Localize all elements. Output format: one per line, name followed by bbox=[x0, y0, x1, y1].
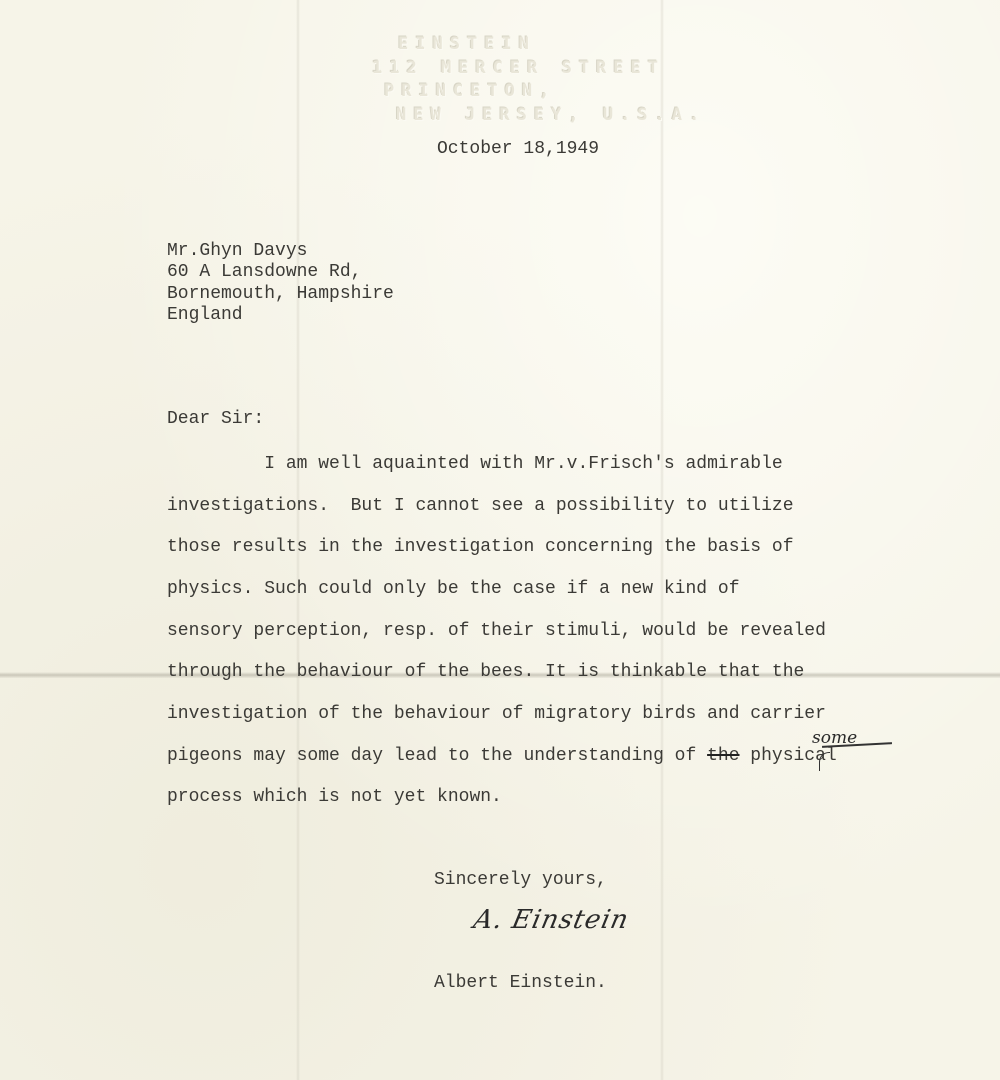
body-line: physics. Such could only be the case if … bbox=[167, 579, 740, 599]
letterhead-line: EINSTEIN bbox=[398, 34, 536, 54]
body-line-with-correction: pigeons may some day lead to the underst… bbox=[167, 746, 837, 766]
salutation: Dear Sir: bbox=[167, 409, 264, 429]
body-line: investigations. But I cannot see a possi… bbox=[167, 496, 794, 516]
letter-date: October 18,1949 bbox=[437, 139, 599, 159]
body-line: process which is not yet known. bbox=[167, 787, 502, 807]
typed-signatory-name: Albert Einstein. bbox=[434, 973, 607, 993]
handwritten-signature: A. Einstein bbox=[471, 905, 632, 935]
insertion-caret bbox=[819, 752, 830, 771]
recipient-address-line: 60 A Lansdowne Rd, bbox=[167, 262, 361, 282]
struck-word: the bbox=[707, 746, 739, 766]
body-line: through the behaviour of the bees. It is… bbox=[167, 662, 804, 682]
recipient-address-line: Bornemouth, Hampshire bbox=[167, 284, 394, 304]
body-line: those results in the investigation conce… bbox=[167, 537, 794, 557]
recipient-address-line: England bbox=[167, 305, 243, 325]
body-text: pigeons may some day lead to the underst… bbox=[167, 746, 707, 766]
letterhead-line: PRINCETON, bbox=[384, 81, 556, 101]
closing: Sincerely yours, bbox=[434, 870, 607, 890]
recipient-name: Mr.Ghyn Davys bbox=[167, 241, 307, 261]
letterhead-line: 112 MERCER STREET bbox=[372, 58, 665, 78]
body-line: sensory perception, resp. of their stimu… bbox=[167, 621, 826, 641]
letterhead-line: NEW JERSEY, U.S.A. bbox=[396, 105, 706, 125]
body-line: investigation of the behaviour of migrat… bbox=[167, 704, 826, 724]
body-line: I am well aquainted with Mr.v.Frisch's a… bbox=[167, 454, 783, 474]
